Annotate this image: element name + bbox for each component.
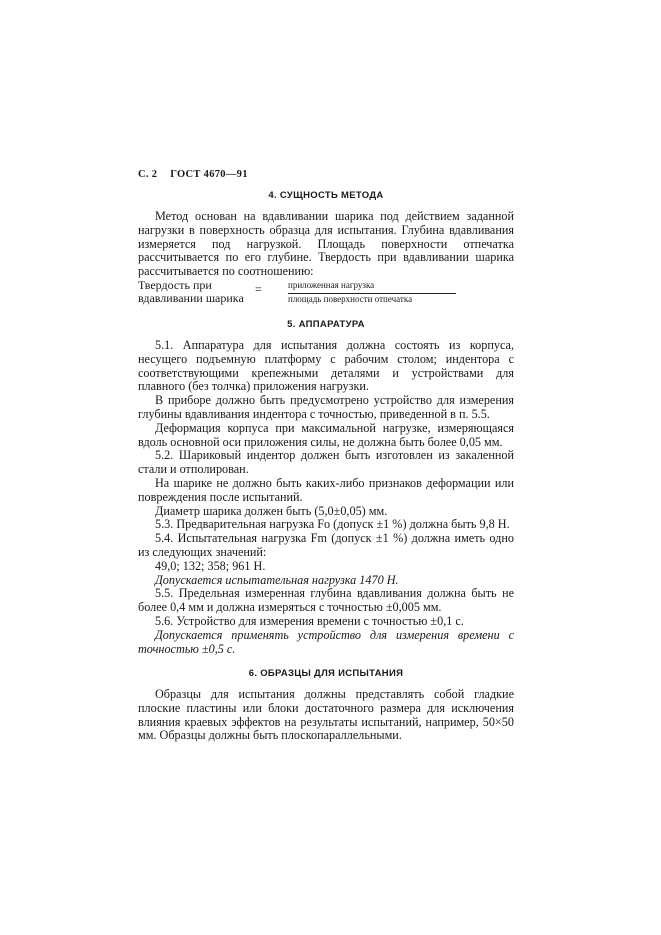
section-5-body: 5.1. Аппаратура для испытания должна сос… xyxy=(138,339,514,656)
paragraph: Диаметр шарика должен быть (5,0±0,05) мм… xyxy=(138,505,514,519)
standard-id: ГОСТ 4670—91 xyxy=(170,169,248,180)
paragraph: 5.2. Шариковый индентор должен быть изго… xyxy=(138,449,514,477)
paragraph: 49,0; 132; 358; 961 Н. xyxy=(138,560,514,574)
section-4-body: Метод основан на вдавливании шарика под … xyxy=(138,210,514,279)
page-number: С. 2 xyxy=(138,169,157,180)
formula-denominator: площадь поверхности отпечатка xyxy=(288,293,412,306)
paragraph: Образцы для испытания должны представлят… xyxy=(138,688,514,743)
paragraph: 5.1. Аппаратура для испытания должна сос… xyxy=(138,339,514,394)
paragraph: 5.6. Устройство для измерения времени с … xyxy=(138,615,514,629)
paragraph: В приборе должно быть предусмотрено устр… xyxy=(138,394,514,422)
paragraph: 5.5. Предельная измеренная глубина вдавл… xyxy=(138,587,514,615)
section-4-title: 4. СУЩНОСТЬ МЕТОДА xyxy=(138,190,514,201)
formula-equals: = xyxy=(255,283,262,296)
paragraph: Допускается испытательная нагрузка 1470 … xyxy=(138,574,514,588)
section-6-body: Образцы для испытания должны представлят… xyxy=(138,688,514,743)
formula-numerator: приложенная нагрузка xyxy=(288,279,456,294)
paragraph: Допускается применять устройство для изм… xyxy=(138,629,514,657)
paragraph: 5.4. Испытательная нагрузка Fm (допуск ±… xyxy=(138,532,514,560)
paragraph: Метод основан на вдавливании шарика под … xyxy=(138,210,514,279)
paragraph: На шарике не должно быть каких-либо приз… xyxy=(138,477,514,505)
page-header: С. 2 ГОСТ 4670—91 xyxy=(138,169,258,180)
paragraph: Деформация корпуса при максимальной нагр… xyxy=(138,422,514,450)
formula-left: Твердость при вдавливании шарика xyxy=(138,279,244,305)
section-5-title: 5. АППАРАТУРА xyxy=(138,319,514,330)
formula-left-line2: вдавливании шарика xyxy=(138,292,244,305)
section-6-title: 6. ОБРАЗЦЫ ДЛЯ ИСПЫТАНИЯ xyxy=(138,668,514,679)
paragraph: 5.3. Предварительная нагрузка Fо (допуск… xyxy=(138,518,514,532)
